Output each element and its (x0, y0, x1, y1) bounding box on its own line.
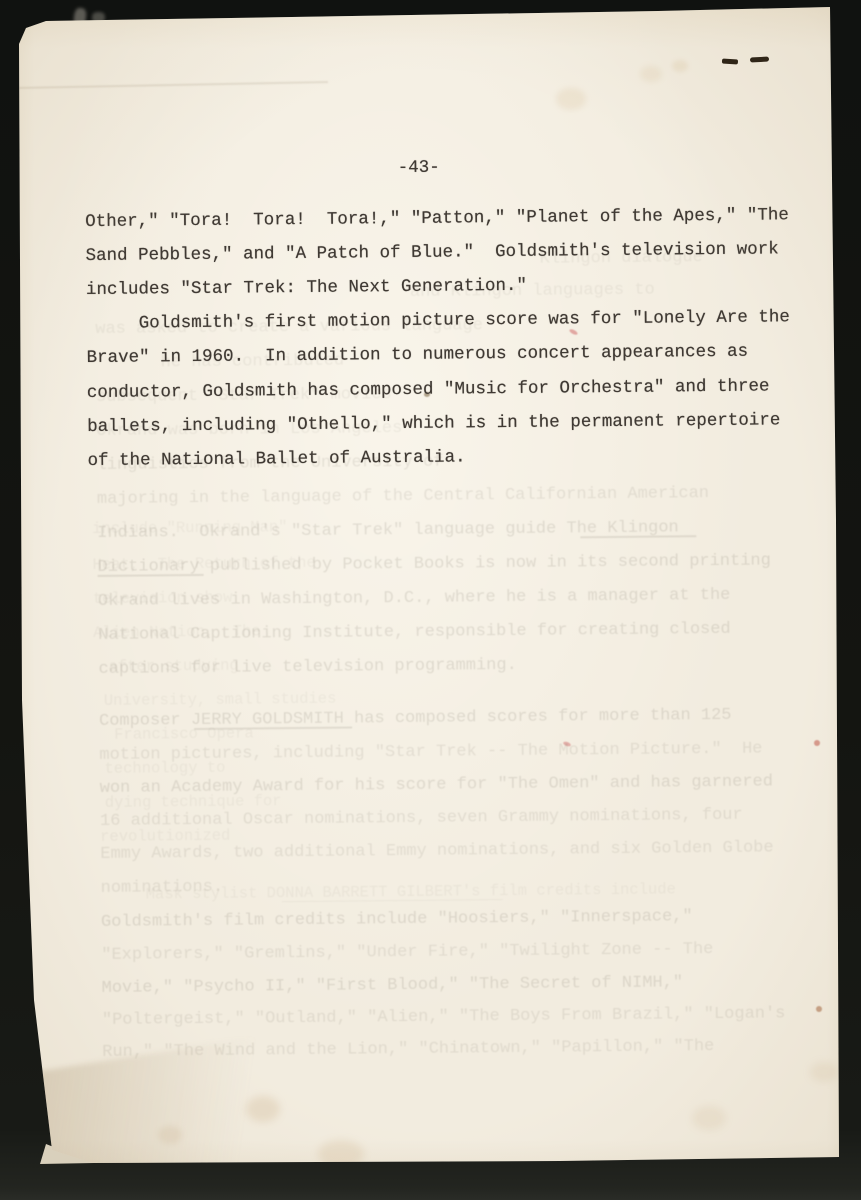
document-page: include "Running Man"Heat, The Return of… (0, 0, 861, 1200)
typed-line: Sand Pebbles," and "A Patch of Blue." Go… (85, 239, 778, 266)
typed-line: of the National Ballet of Australia. (87, 447, 465, 471)
page-number: -43- (398, 158, 440, 178)
typed-text-layer: -43- Other," "Tora! Tora! Tora!," "Patto… (0, 0, 861, 1200)
typed-line: Other," "Tora! Tora! Tora!," "Patton," "… (85, 205, 789, 232)
typed-line: includes "Star Trek: The Next Generation… (86, 276, 527, 300)
pen-dash-mark (750, 57, 769, 63)
typed-line: ballets, including "Othello," which is i… (87, 410, 780, 437)
typed-paragraphs: Other," "Tora! Tora! Tora!," "Patton," "… (0, 0, 858, 1)
scanned-document: include "Running Man"Heat, The Return of… (0, 0, 861, 1200)
typed-line: Brave" in 1960. In addition to numerous … (86, 342, 748, 368)
typed-line: conductor, Goldsmith has composed "Music… (87, 376, 770, 403)
typed-line: Goldsmith's first motion picture score w… (86, 308, 790, 335)
